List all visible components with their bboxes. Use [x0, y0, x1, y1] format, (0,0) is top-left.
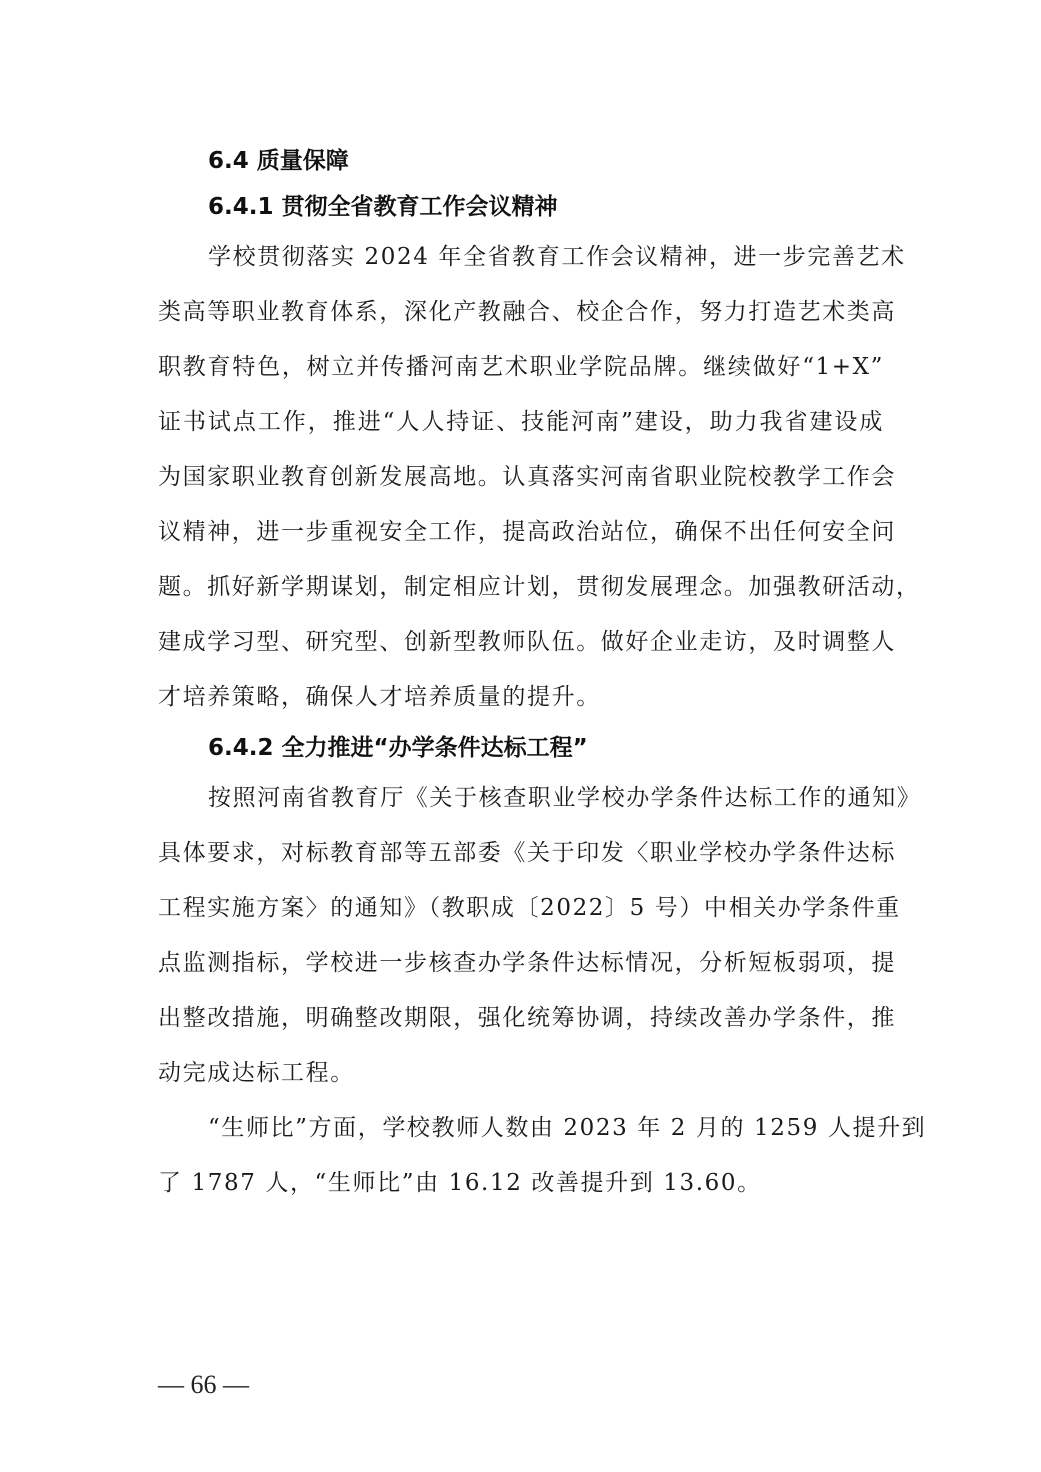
text-line: 类高等职业教育体系，深化产教融合、校企合作，努力打造艺术类高 [158, 285, 884, 340]
section-heading: 6.4 质量保障 [158, 138, 884, 184]
text-line: 证书试点工作，推进“人人持证、技能河南”建设，助力我省建设成 [158, 395, 884, 450]
text-line: 了 1787 人，“生师比”由 16.12 改善提升到 13.60。 [158, 1156, 884, 1211]
text-line: 职教育特色，树立并传播河南艺术职业学院品牌。继续做好“1+X” [158, 340, 884, 395]
page-content: 6.4 质量保障 6.4.1 贯彻全省教育工作会议精神 学校贯彻落实 2024 … [158, 138, 884, 1211]
text-line: 动完成达标工程。 [158, 1046, 884, 1101]
text-line: 题。抓好新学期谋划，制定相应计划，贯彻发展理念。加强教研活动， [158, 560, 884, 615]
paragraph: “生师比”方面，学校教师人数由 2023 年 2 月的 1259 人提升到 了 … [158, 1101, 884, 1211]
page-number: — 66 — [158, 1370, 249, 1400]
text-line: 点监测指标，学校进一步核查办学条件达标情况，分析短板弱项，提 [158, 936, 884, 991]
paragraph: 按照河南省教育厅《关于核查职业学校办学条件达标工作的通知》 具体要求，对标教育部… [158, 771, 884, 1101]
text-line: 学校贯彻落实 2024 年全省教育工作会议精神，进一步完善艺术 [158, 230, 884, 285]
paragraph: 学校贯彻落实 2024 年全省教育工作会议精神，进一步完善艺术 类高等职业教育体… [158, 230, 884, 725]
text-line: 建成学习型、研究型、创新型教师队伍。做好企业走访，及时调整人 [158, 615, 884, 670]
text-line: “生师比”方面，学校教师人数由 2023 年 2 月的 1259 人提升到 [158, 1101, 884, 1156]
subsection-heading-6-4-2: 6.4.2 全力推进“办学条件达标工程” [158, 725, 884, 771]
text-line: 具体要求，对标教育部等五部委《关于印发〈职业学校办学条件达标 [158, 826, 884, 881]
text-line: 工程实施方案〉的通知》（教职成〔2022〕5 号）中相关办学条件重 [158, 881, 884, 936]
subsection-heading-6-4-1: 6.4.1 贯彻全省教育工作会议精神 [158, 184, 884, 230]
text-line: 按照河南省教育厅《关于核查职业学校办学条件达标工作的通知》 [158, 771, 884, 826]
document-page: 6.4 质量保障 6.4.1 贯彻全省教育工作会议精神 学校贯彻落实 2024 … [0, 0, 1041, 1472]
text-line: 出整改措施，明确整改期限，强化统筹协调，持续改善办学条件，推 [158, 991, 884, 1046]
text-line: 议精神，进一步重视安全工作，提高政治站位，确保不出任何安全问 [158, 505, 884, 560]
text-line: 为国家职业教育创新发展高地。认真落实河南省职业院校教学工作会 [158, 450, 884, 505]
text-line: 才培养策略，确保人才培养质量的提升。 [158, 670, 884, 725]
